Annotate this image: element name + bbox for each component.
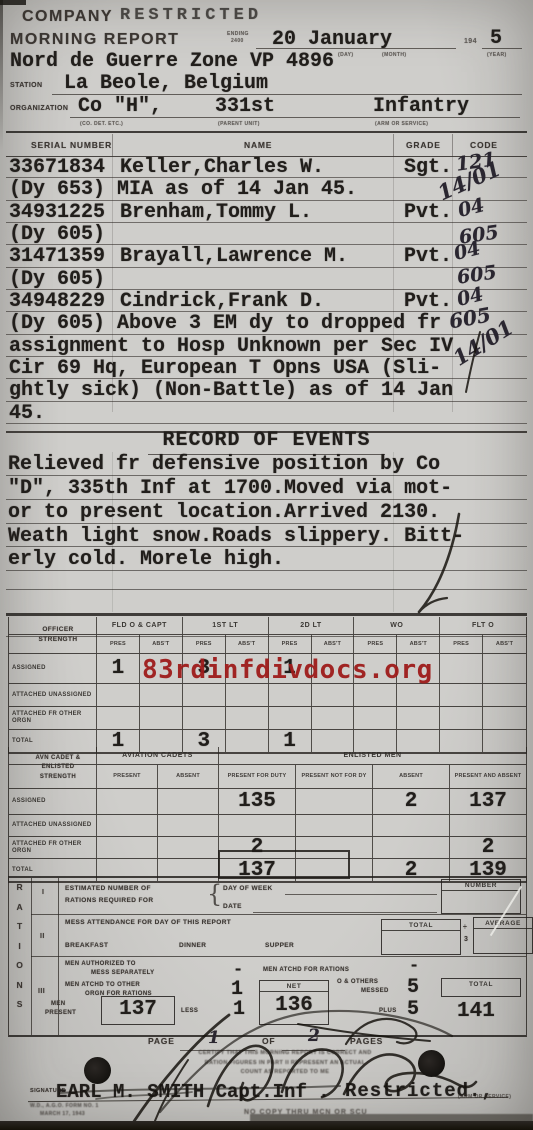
page-label: PAGE — [148, 1036, 175, 1046]
serial-number: 33671834 — [9, 158, 105, 178]
event-line-row: Weath light snow.Roads slippery. Bitt- — [6, 524, 527, 548]
net-box-label: NET — [260, 981, 328, 992]
table-cell — [269, 684, 312, 706]
date-label: DATE — [223, 903, 242, 910]
divide-sign: ÷ — [463, 924, 467, 931]
mess-separately-label: MESS SEPARATELY — [91, 970, 155, 976]
atchd-for-rations-label: MEN ATCHD FOR RATIONS — [263, 967, 349, 973]
sub-header: PRESENT NOT FOR DY — [296, 765, 373, 788]
vertical-letter: N — [9, 980, 31, 1000]
table-row: (Dy 605) — [6, 268, 527, 290]
group-header: WO — [354, 617, 440, 634]
row-label: ATTACHED FR OTHER ORGN — [9, 837, 97, 858]
group-header: 2D LT — [269, 617, 355, 634]
soldier-name: Cindrick,Frank D. — [120, 292, 324, 312]
table-cell — [183, 707, 226, 729]
ending-time-label: 2400 — [231, 38, 244, 44]
sub-header: PRESENT AND ABSENT — [450, 765, 526, 788]
men-present-label: MEN — [51, 1001, 66, 1007]
of-label: OF — [262, 1036, 275, 1046]
table-cell — [483, 654, 526, 683]
number-box: NUMBER — [441, 879, 521, 914]
event-line: or to present location.Arrived 2130. — [8, 503, 440, 523]
table-cell — [97, 789, 158, 814]
men-present-value: 137 — [102, 997, 174, 1022]
blank-row — [6, 566, 527, 590]
table-cell: 2 — [373, 789, 450, 814]
plus-label: PLUS — [379, 1008, 397, 1014]
column-divider — [112, 156, 113, 412]
sub-header: PRES — [354, 635, 397, 653]
supper-label: SUPPER — [265, 942, 294, 949]
event-line: Weath light snow.Roads slippery. Bitt- — [8, 527, 464, 547]
men-authorized-label: MEN AUTHORIZED TO — [65, 961, 136, 967]
section-divider — [6, 613, 527, 616]
section-divider — [6, 131, 527, 133]
org-arm: Infantry — [373, 97, 469, 117]
column-divider — [452, 134, 453, 156]
table-cell — [183, 684, 226, 706]
event-line-row: "D", 335th Inf at 1700.Moved via mot- — [6, 476, 527, 500]
row-divider — [31, 956, 526, 957]
org-arm-sublabel: (ARM OR SERVICE) — [375, 121, 428, 127]
serial-number: 34931225 — [9, 203, 105, 223]
officer-table-corner-label: OFFICER STRENGTH — [27, 625, 89, 645]
year-prefix: 194 — [464, 38, 477, 45]
table-cell — [158, 815, 219, 836]
punch-hole — [84, 1057, 111, 1084]
table-cell — [296, 789, 373, 814]
vertical-letter: R — [9, 882, 31, 902]
arm-service-label: (ARM OR SERVICE) — [458, 1094, 511, 1100]
sub-header: PRES — [440, 635, 483, 653]
sub-header: ABS'T — [483, 635, 526, 653]
station-label: STATION — [10, 82, 42, 89]
table-cell — [354, 707, 397, 729]
total-box-label: TOTAL — [382, 920, 460, 931]
table-cell — [97, 707, 140, 729]
document-header: COMPANY RESTRICTED MORNING REPORT ENDING… — [0, 0, 533, 132]
form-date: MARCH 17, 1943 — [40, 1111, 85, 1117]
men-present-box: 137 — [101, 996, 175, 1025]
soldier-name: Brenham,Tommy L. — [120, 203, 312, 223]
table-cell: 137 — [450, 789, 526, 814]
divide-by: 3 — [464, 936, 468, 943]
event-line-row: or to present location.Arrived 2130. — [6, 500, 527, 524]
serial-number: 31471359 — [9, 247, 105, 267]
column-divider — [393, 452, 394, 612]
serial-number: assignment to Hosp Unknown per Sec IV — [9, 337, 453, 357]
record-of-events-header: RECORD OF EVENTS — [6, 431, 527, 452]
group-header: FLT O — [440, 617, 526, 634]
table-cell — [97, 684, 140, 706]
table-row: ATTACHED FR OTHER ORGN — [9, 707, 526, 730]
sub-header: PRESENT — [97, 765, 158, 788]
serial-number: (Dy 605) — [9, 225, 105, 245]
table-cell — [440, 707, 483, 729]
table-cell — [483, 684, 526, 706]
table-cell — [296, 815, 373, 836]
section-numeral-3: III — [38, 988, 45, 995]
company-label: COMPANY — [22, 8, 113, 26]
event-line: "D", 335th Inf at 1700.Moved via mot- — [8, 479, 452, 499]
date-underline2 — [253, 864, 437, 913]
sub-header: PRES — [183, 635, 226, 653]
row-label: ATTACHED UNASSIGNED — [9, 684, 97, 706]
vertical-letter: A — [9, 902, 31, 922]
rations-row1-label: ESTIMATED NUMBER OF — [65, 885, 151, 892]
grade-value: Pvt. — [404, 292, 452, 312]
group-header: FLD O & CAPT — [97, 617, 183, 634]
grade-value: Sgt. — [404, 158, 452, 178]
certification-line: RATION FIGURES IN PART II REPRESENT AN A… — [140, 1059, 430, 1069]
pen-mark — [419, 598, 447, 612]
certification-line: COUNT AS REPORTED TO ME — [140, 1068, 430, 1078]
others-messed-value: 5 — [407, 978, 419, 998]
row-label: ASSIGNED — [9, 789, 97, 814]
sub-header: ABSENT — [158, 765, 219, 788]
table-row: 34931225 Brenham,Tommy L. Pvt. — [6, 201, 527, 223]
table-cell — [158, 789, 219, 814]
table-row: Cir 69 Hq, European T Opns USA (Sli- — [6, 357, 527, 379]
table-cell: 1 — [97, 654, 140, 683]
table-cell — [373, 815, 450, 836]
average-box: AVERAGE — [473, 917, 533, 954]
table-cell — [450, 815, 526, 836]
atchd-other-label: MEN ATCHD TO OTHER — [65, 982, 140, 988]
brace: { — [207, 880, 222, 908]
table-row: assignment to Hosp Unknown per Sec IV — [6, 335, 527, 357]
grade-value: Pvt. — [404, 203, 452, 223]
men-present-label2: PRESENT — [45, 1010, 76, 1016]
table-cell — [312, 684, 355, 706]
table-cell — [140, 684, 183, 706]
table-cell — [97, 837, 158, 858]
others-messed-label2: MESSED — [361, 988, 389, 994]
org-parent-unit: 331st — [215, 97, 275, 117]
table-cell — [440, 684, 483, 706]
rations-section: RATIONS I II III ESTIMATED NUMBER OF RAT… — [8, 876, 527, 1037]
vertical-letter: T — [9, 921, 31, 941]
vertical-letter: O — [9, 960, 31, 980]
column-header-name: NAME — [244, 140, 272, 150]
table-cell: 135 — [219, 789, 296, 814]
sub-header: PRESENT FOR DUTY — [219, 765, 296, 788]
dinner-label: DINNER — [179, 942, 206, 949]
serial-number: (Dy 605) Above 3 EM dy to dropped fr — [9, 314, 441, 334]
row-label: ASSIGNED — [9, 654, 97, 683]
row-label: ATTACHED FR OTHER ORGN — [9, 707, 97, 729]
column-divider — [393, 134, 394, 156]
table-cell — [140, 707, 183, 729]
column-header-grade: GRADE — [406, 140, 441, 150]
rations-row1-label2: RATIONS REQUIRED FOR — [65, 897, 153, 904]
grade-value: Pvt. — [404, 247, 452, 267]
sub-header: ABS'T — [397, 635, 440, 653]
table-cell — [269, 707, 312, 729]
average-box-label: AVERAGE — [474, 918, 532, 929]
table-cell — [354, 684, 397, 706]
punch-hole — [418, 1050, 445, 1077]
table-cell — [97, 815, 158, 836]
sub-header: ABS'T — [226, 635, 269, 653]
handwritten-pages-total: 2 — [308, 1026, 320, 1046]
plus-value: 5 — [407, 1000, 419, 1020]
row-label: ATTACHED UNASSIGNED — [9, 815, 97, 836]
row-divider — [31, 914, 526, 915]
column-divider — [112, 134, 113, 156]
table-cell — [219, 815, 296, 836]
serial-number: Cir 69 Hq, European T Opns USA (Sli- — [9, 359, 441, 379]
serial-number: ghtly sick) (Non-Battle) as of 14 Jan — [9, 381, 453, 401]
section-numeral-2: II — [40, 933, 45, 940]
total-box: TOTAL — [381, 919, 461, 955]
org-parent-sublabel: (PARENT UNIT) — [218, 121, 260, 127]
vertical-letter: I — [9, 941, 31, 961]
others-messed-label: O & OTHERS — [337, 979, 378, 985]
morning-report-document: COMPANY RESTRICTED MORNING REPORT ENDING… — [0, 0, 533, 1130]
record-of-events-body: Relieved fr defensive position by Co "D"… — [6, 452, 527, 571]
vertical-letter: S — [9, 999, 31, 1019]
table-cell — [226, 707, 269, 729]
sub-header: ABSENT — [373, 765, 450, 788]
sub-header: ABS'T — [312, 635, 355, 653]
table-cell — [226, 684, 269, 706]
scan-artifact — [0, 0, 26, 5]
officer-strength-table: FLD O & CAPT1ST LT2D LTWOFLT O PRESABS'T… — [8, 617, 527, 754]
sub-header: PRES — [97, 635, 140, 653]
table-cell — [312, 707, 355, 729]
number-box-label: NUMBER — [442, 880, 520, 891]
total2-box: TOTAL — [441, 978, 521, 997]
restricted-stamp: RESTRICTED — [120, 7, 262, 24]
table-cell — [397, 684, 440, 706]
soldier-name: Brayall,Lawrence M. — [120, 247, 348, 267]
serial-number: 34948229 — [9, 292, 105, 312]
scan-artifact — [0, 0, 3, 150]
rations-vertical-label: RATIONS — [9, 882, 31, 1019]
atchd-other-value: 1 — [231, 980, 243, 1000]
table-cell: 2 — [450, 837, 526, 858]
certification-line: CERTIFY THAT THIS MORNING REPORT IS CORR… — [140, 1049, 430, 1059]
table-row: ghtly sick) (Non-Battle) as of 14 Jan — [6, 379, 527, 401]
group-header-enlisted-men: ENLISTED MEN — [219, 747, 526, 764]
mess-attendance-label: MESS ATTENDANCE FOR DAY OF THIS REPORT — [65, 919, 231, 926]
total2-box-label: TOTAL — [442, 979, 520, 989]
certification-text: CERTIFY THAT THIS MORNING REPORT IS CORR… — [140, 1049, 430, 1078]
roster-header: SERIAL NUMBER NAME GRADE CODE — [6, 134, 527, 157]
handwritten-page-number: 1 — [208, 1028, 220, 1048]
serial-number: (Dy 653) MIA as of 14 Jan 45. — [9, 180, 357, 200]
pages-label: PAGES — [350, 1036, 383, 1046]
mess-separately-value: - — [233, 962, 243, 979]
table-row: ATTACHED UNASSIGNED — [9, 815, 526, 837]
table-row: 31471359 Brayall,Lawrence M. Pvt. — [6, 245, 527, 267]
signature-typed-name: EARL M. SMITH Capt.Inf . — [56, 1083, 330, 1102]
group-header: 1ST LT — [183, 617, 269, 634]
table-cell — [440, 654, 483, 683]
org-unit: Co "H", — [78, 97, 162, 117]
org-unit-sublabel: (CO. DET. ETC.) — [80, 121, 123, 127]
serial-number: (Dy 605) — [9, 270, 105, 290]
event-line-row: Relieved fr defensive position by Co — [6, 452, 527, 476]
ending-label: ENDING — [227, 31, 249, 37]
breakfast-label: BREAKFAST — [65, 942, 108, 949]
table-row: ATTACHED UNASSIGNED — [9, 684, 526, 707]
total2-value: 141 — [457, 1001, 495, 1022]
atchd-for-rations-value: - — [409, 958, 419, 975]
table-cell — [397, 707, 440, 729]
form-id: W.D., A.G.O. FORM NO. 1 — [30, 1103, 99, 1109]
table-row: (Dy 605) — [6, 223, 527, 245]
column-header-serial: SERIAL NUMBER — [31, 140, 112, 150]
group-header-aviation-cadets: AVIATION CADETS — [97, 747, 219, 764]
table-cell — [483, 707, 526, 729]
table-row: ASSIGNED 135 2 137 — [9, 789, 526, 815]
scan-bottom-bar — [0, 1121, 533, 1130]
event-line: Relieved fr defensive position by Co — [8, 455, 440, 475]
enlisted-table-corner-label: AVN CADET & ENLISTED STRENGTH — [23, 754, 93, 782]
organization-label: ORGANIZATION — [10, 105, 68, 112]
sub-header: ABS'T — [140, 635, 183, 653]
column-divider — [393, 156, 394, 412]
table-cell — [158, 837, 219, 858]
section-numeral-1: I — [42, 889, 44, 896]
sub-header: PRES — [269, 635, 312, 653]
soldier-name: Keller,Charles W. — [120, 158, 324, 178]
site-watermark: 83rdinfdivdocs.org — [142, 655, 433, 685]
column-divider — [112, 452, 113, 612]
